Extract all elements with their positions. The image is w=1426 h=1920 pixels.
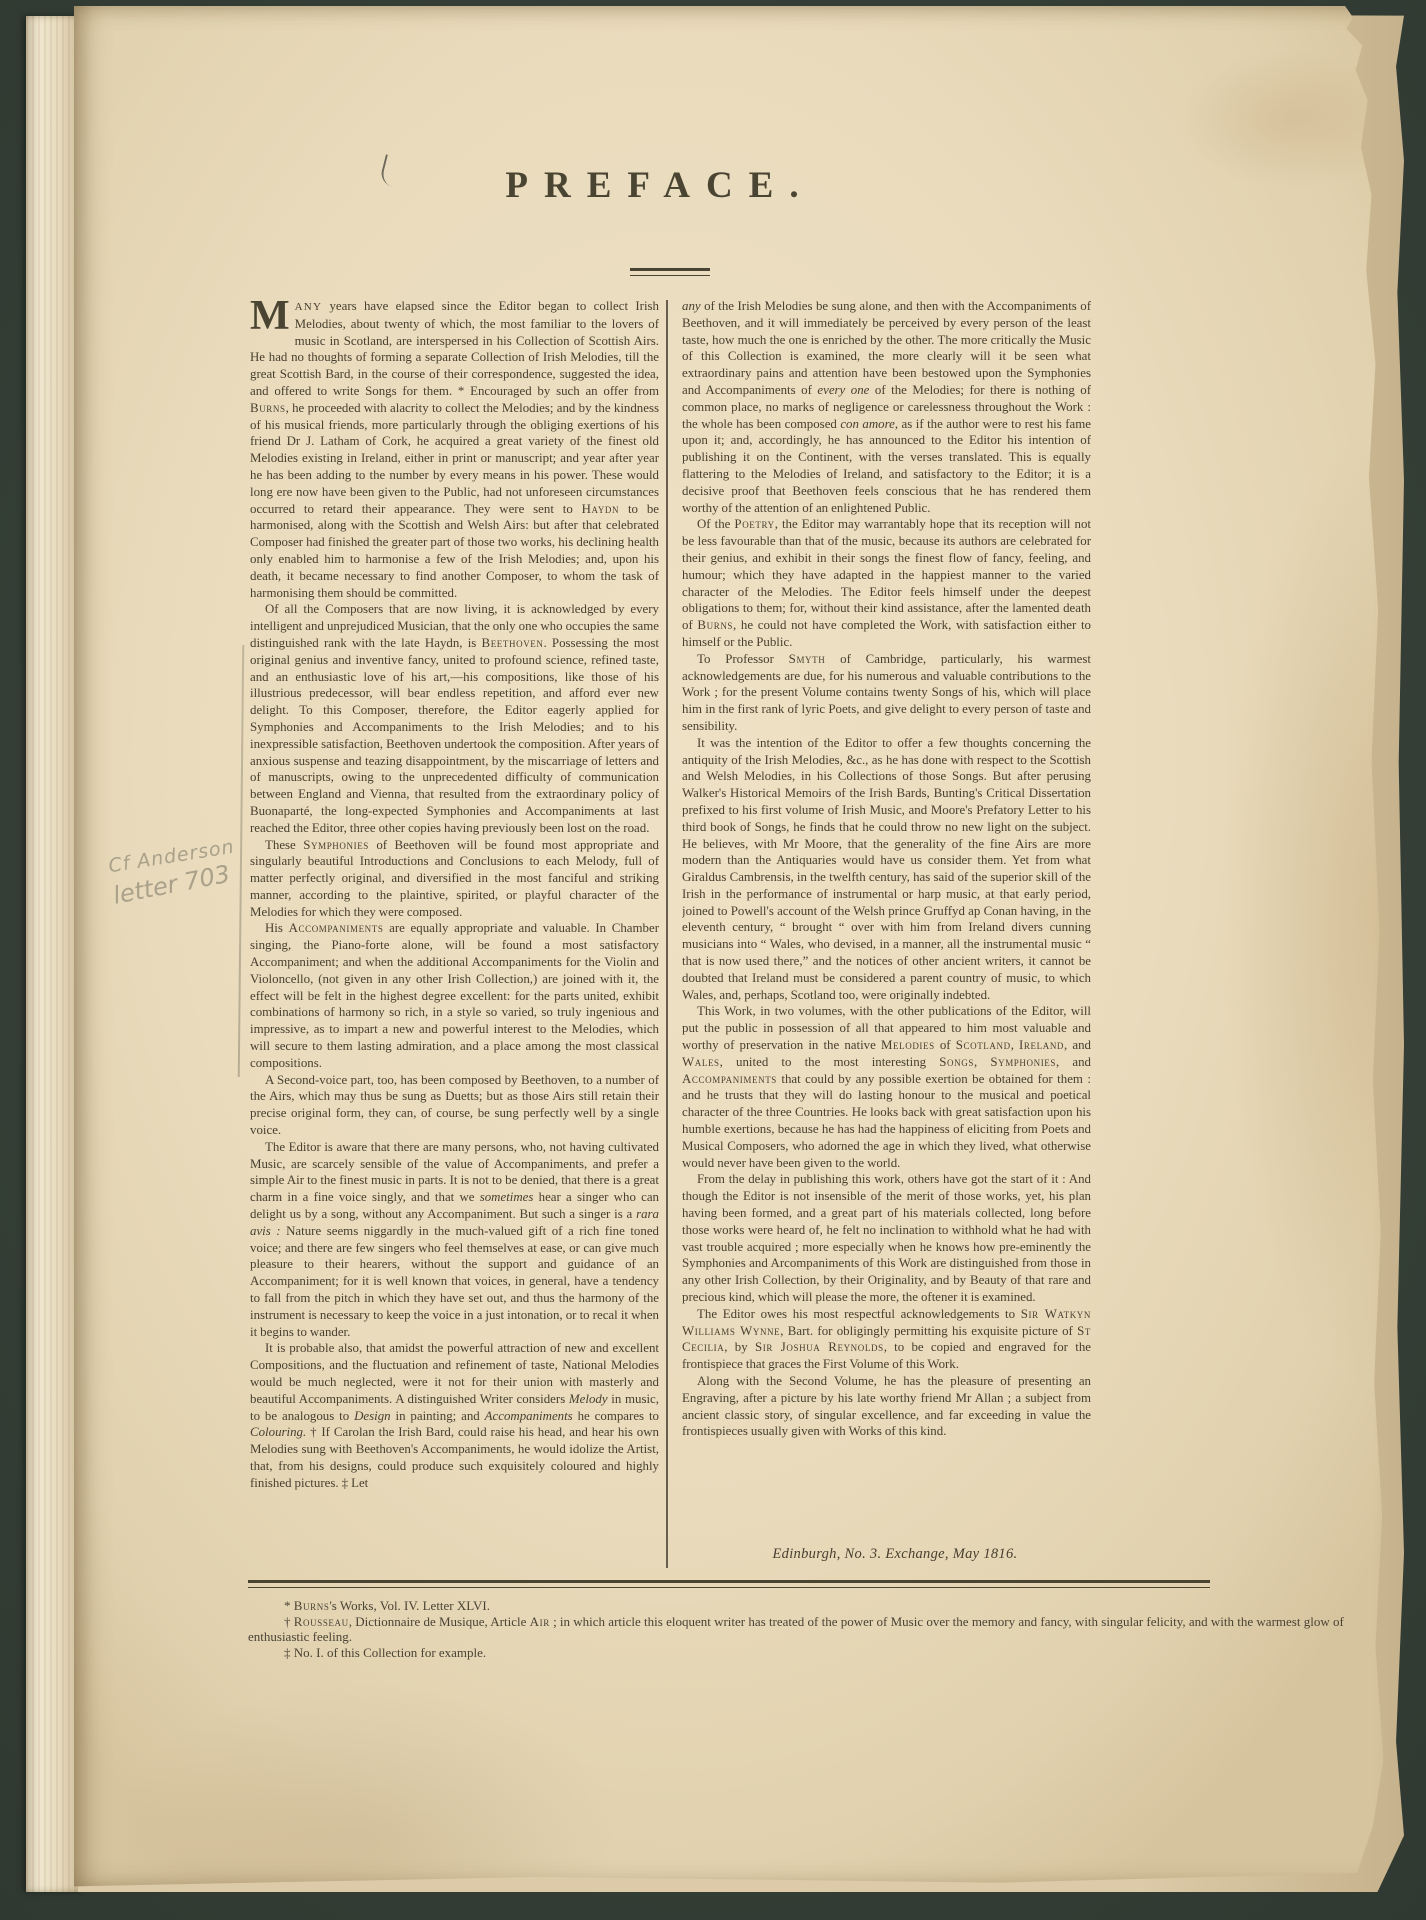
footnote-burns: * Burns's Works, Vol. IV. Letter XLVI.	[248, 1598, 1348, 1614]
continuation-paragraph: any of the Irish Melodies be sung alone,…	[682, 298, 1091, 516]
antiquity-paragraph: It was the intention of the Editor to of…	[682, 735, 1091, 1004]
text-column-right: any of the Irish Melodies be sung alone,…	[682, 298, 1091, 1576]
composers-paragraph: Of all the Composers that are now living…	[250, 601, 659, 836]
editor-aware-paragraph: The Editor is aware that there are many …	[250, 1139, 659, 1341]
second-volume-paragraph: Along with the Second Volume, he has the…	[682, 1373, 1091, 1440]
opening-paragraph: MANY years have elapsed since the Editor…	[250, 298, 659, 601]
footnote-rule	[248, 1580, 1210, 1588]
book-photograph: PREFACE. Cf Anderson letter 703 MANY yea…	[0, 0, 1426, 1920]
smyth-paragraph: To Professor Smyth of Cambridge, particu…	[682, 651, 1091, 735]
acknowledgements-paragraph: The Editor owes his most respectful ackn…	[682, 1306, 1091, 1373]
text-column-left: MANY years have elapsed since the Editor…	[250, 298, 659, 1576]
dateline: Edinburgh, No. 3. Exchange, May 1816.	[690, 1546, 1100, 1563]
footnote-rousseau: † Rousseau, Dictionnaire de Musique, Art…	[248, 1614, 1348, 1645]
symphonies-paragraph: These Symphonies of Beethoven will be fo…	[250, 837, 659, 921]
probable-paragraph: It is probable also, that amidst the pow…	[250, 1340, 659, 1491]
title-rule	[630, 268, 710, 276]
book-page: PREFACE. Cf Anderson letter 703 MANY yea…	[74, 6, 1398, 1892]
column-divider	[666, 300, 668, 1568]
this-work-paragraph: This Work, in two volumes, with the othe…	[682, 1003, 1091, 1171]
poetry-paragraph: Of the Poetry, the Editor may warrantabl…	[682, 516, 1091, 650]
footnotes: * Burns's Works, Vol. IV. Letter XLVI.† …	[248, 1598, 1348, 1660]
dateline-text: Edinburgh, No. 3. Exchange, May 1816.	[773, 1546, 1018, 1562]
footnote-collection: ‡ No. I. of this Collection for example.	[248, 1645, 1348, 1661]
page-title: PREFACE.	[260, 164, 1060, 207]
accompaniments-paragraph: His Accompaniments are equally appropria…	[250, 920, 659, 1071]
delay-paragraph: From the delay in publishing this work, …	[682, 1171, 1091, 1305]
second-voice-paragraph: A Second-voice part, too, has been compo…	[250, 1072, 659, 1139]
